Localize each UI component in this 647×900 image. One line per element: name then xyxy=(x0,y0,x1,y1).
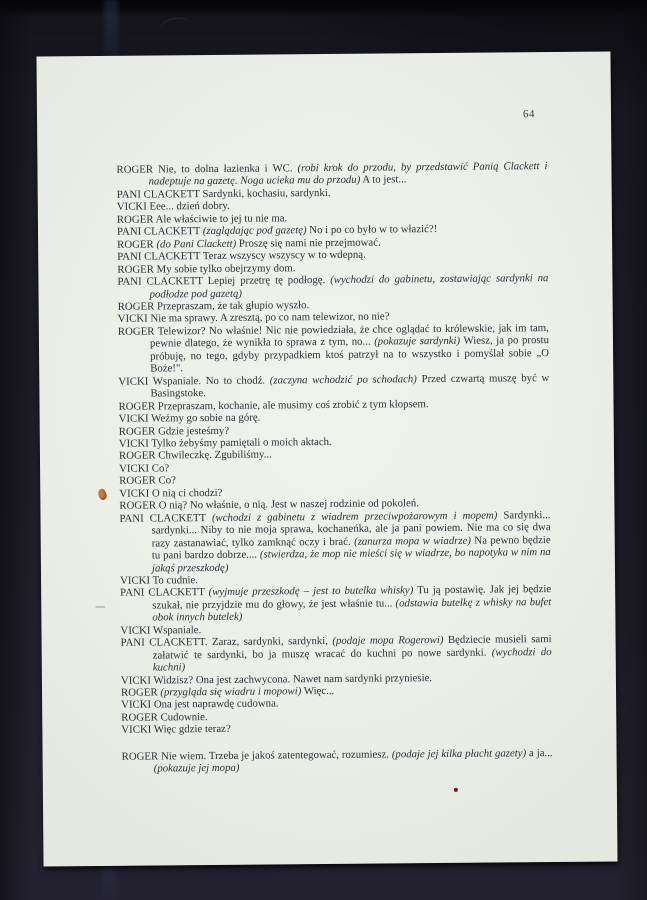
dialogue-text: PANI CLACKETT xyxy=(120,586,209,599)
dialogue-text: ROGER Gdzie jesteśmy? xyxy=(119,424,229,437)
dialogue-text: ROGER Przepraszam, kochanie, ale musimy … xyxy=(118,398,428,413)
dialogue-text: VICKI Widzisz? Ona jest zachwycona. Nawe… xyxy=(121,672,432,687)
dialogue-line: PANI CLACKETT Lepiej przetrę tę podłogę.… xyxy=(117,272,548,301)
dialogue-text: ROGER Co? xyxy=(119,475,176,487)
dialogue-text: VICKI Więc gdzie teraz? xyxy=(121,723,230,736)
stage-direction: (zaglądając pod gazetę) xyxy=(203,224,307,237)
light-leak-streak-bottom xyxy=(102,862,116,900)
scan-dark-top-band xyxy=(0,0,647,16)
scanned-photo-background: 64 ROGER Nie, to dolna łazienka i WC. (r… xyxy=(0,0,647,900)
dialogue-text: No i po co było w to włazić?! xyxy=(307,223,438,236)
dialogue-text: VICKI Ona jest naprawdę cudowna. xyxy=(121,698,279,711)
dialogue-text: VICKI Eee... dzień dobry. xyxy=(117,200,230,213)
dialogue-text: PANI CLACKETT Lepiej przetrę tę podłogę. xyxy=(117,274,330,288)
dialogue-text: ROGER Nie wiem. Trzeba je jakoś zatenteg… xyxy=(122,748,392,762)
dialogue-text: PANI CLACKETT Sardynki, kochasiu, sardyn… xyxy=(117,187,331,201)
dialogue-line: VICKI Wspaniale. No to chodź. (zaczyna w… xyxy=(118,372,549,401)
dialogue-text: ROGER Ale właściwie to jej tu nie ma. xyxy=(117,212,287,225)
stage-direction: (zanurza mopa w wiadrze) xyxy=(354,534,471,547)
dialogue-text: VICKI To cudnie. xyxy=(120,574,198,587)
dialogue-text: PANI CLACKETT xyxy=(117,225,203,238)
dialogue-text: PANI CLACKETT Teraz wszyscy wszyscy w to… xyxy=(117,249,366,263)
dialogue-text: VICKI Wspaniale. xyxy=(120,624,201,637)
dialogue-text: ROGER Cudownie. xyxy=(121,711,207,724)
stage-direction: (pokazuje sardynki) xyxy=(374,335,460,348)
stage-direction: (przygląda się wiadru i mopowi) xyxy=(160,685,301,698)
dialogue-block: ROGER Nie, to dolna łazienka i WC. (robi… xyxy=(116,160,552,775)
script-page: 64 ROGER Nie, to dolna łazienka i WC. (r… xyxy=(36,52,617,867)
red-ink-dot xyxy=(454,788,458,792)
dialogue-line: PANI CLACKETT (wchodzi z gabinetu z wiad… xyxy=(119,509,551,575)
dialogue-text: ROGER xyxy=(117,238,156,250)
dialogue-line: PANI CLACKETT (wyjmuje przeszkodę – jest… xyxy=(120,583,551,624)
dialogue-line: ROGER Telewizor? No właśnie! Nic nie pow… xyxy=(118,322,549,376)
orange-margin-speck xyxy=(96,488,108,501)
dialogue-text: VICKI Co? xyxy=(119,462,169,474)
dialogue-line: ROGER Nie, to dolna łazienka i WC. (robi… xyxy=(116,160,547,189)
dialogue-text: VICKI Tylko żebyśmy pamiętali o moich ak… xyxy=(119,436,332,450)
dialogue-text: ROGER My sobie tylko obejrzymy dom. xyxy=(117,262,295,276)
dialogue-line: PANI CLACKETT. Zaraz, sardynki, sardynki… xyxy=(121,633,552,674)
dialogue-line: VICKI Więc gdzie teraz? xyxy=(121,720,552,736)
dialogue-text: ROGER Nie, to dolna łazienka i WC. xyxy=(116,162,297,176)
dialogue-text: Proszę się nami nie przejmować. xyxy=(236,236,381,249)
film-scratch xyxy=(159,15,192,38)
dialogue-text: PANI CLACKETT xyxy=(119,512,212,525)
dialogue-text: VICKI O nią ci chodzi? xyxy=(119,487,222,500)
stage-direction: (podaje mopa Rogerowi) xyxy=(332,634,443,647)
dialogue-text: ROGER Chwileczkę. Zgubiliśmy... xyxy=(119,449,272,462)
dialogue-text: ROGER xyxy=(121,686,160,698)
dialogue-text: ROGER Przepraszam, że tak głupio wyszło. xyxy=(118,299,310,313)
dialogue-text: Więc... xyxy=(301,685,334,697)
stage-direction: (zaczyna wchodzić po schodach) xyxy=(270,373,417,386)
light-leak-streak-top xyxy=(104,0,118,60)
stage-direction: (pokazuje jej mopa) xyxy=(154,762,240,775)
stage-direction: (podaje jej kilka płacht gazety) xyxy=(392,747,526,760)
dialogue-text: a ja... xyxy=(526,747,553,759)
page-number: 64 xyxy=(523,108,535,120)
gray-margin-dash xyxy=(95,606,105,608)
dialogue-text: VICKI Weźmy go sobie na górę. xyxy=(119,412,261,425)
dialogue-text: VICKI Wspaniale. No to chodź. xyxy=(118,374,270,387)
dialogue-text: A to jest... xyxy=(360,174,406,186)
dialogue-line: ROGER Nie wiem. Trzeba je jakoś zatenteg… xyxy=(122,747,553,776)
stage-direction: (do Pani Clackett) xyxy=(156,238,236,251)
